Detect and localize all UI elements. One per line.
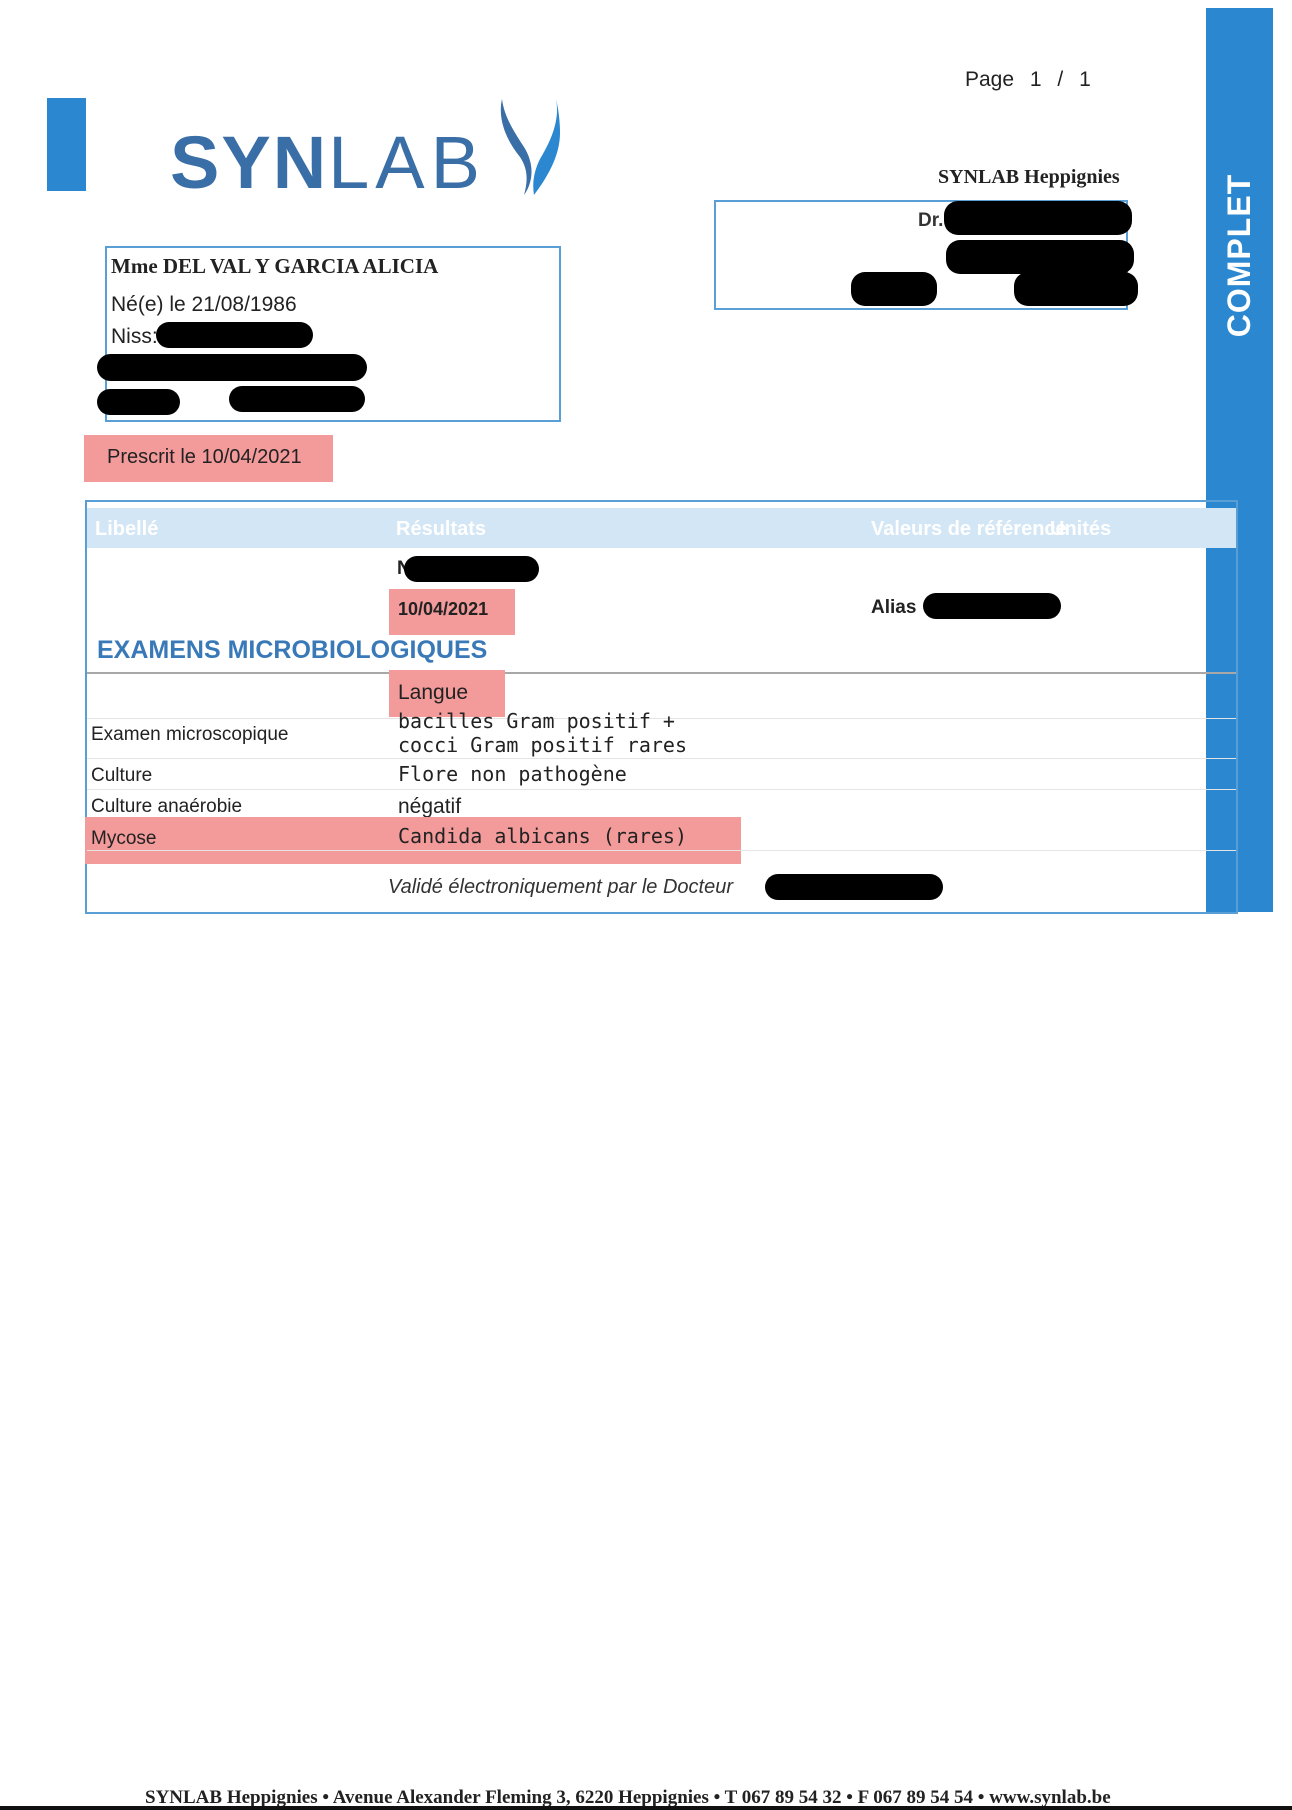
result-value-culture: Flore non pathogène — [398, 762, 627, 786]
doctor-label: Dr. — [918, 210, 943, 232]
result-label-microscopy: Examen microscopique — [91, 724, 288, 746]
row-divider — [87, 758, 1236, 759]
sample-date: 10/04/2021 — [398, 599, 488, 620]
column-header-unites: Unités — [1050, 518, 1111, 541]
row-divider — [87, 789, 1236, 790]
redaction-patient-address — [97, 354, 367, 381]
synlab-logo: SYN LAB — [170, 122, 564, 202]
result-label-mycose: Mycose — [91, 828, 156, 850]
alias-label: Alias — [871, 597, 916, 619]
section-title: EXAMENS MICROBIOLOGIQUES — [97, 636, 487, 665]
redaction-patient-postcode — [97, 389, 180, 415]
status-text: COMPLET — [1221, 173, 1258, 336]
prescription-date-highlight: Prescrit le 10/04/2021 — [84, 435, 333, 482]
redaction-doctor-name — [944, 201, 1132, 235]
page-indicator: Page 1 / 1 — [965, 68, 1091, 92]
logo-text-bold: SYN — [170, 120, 328, 205]
redaction-doctor-city — [1014, 272, 1138, 306]
patient-name: Mme DEL VAL Y GARCIA ALICIA — [111, 254, 438, 279]
redaction-doctor-postcode — [851, 272, 937, 306]
redaction-sample-number — [404, 556, 539, 582]
patient-dob: Né(e) le 21/08/1986 — [111, 293, 297, 317]
patient-niss-label: Niss: — [111, 325, 158, 349]
lab-name: SYNLAB Heppignies — [938, 166, 1120, 189]
result-value-anaerobic-culture: négatif — [398, 795, 461, 819]
redaction-niss — [156, 322, 313, 348]
footer-rule — [0, 1806, 1292, 1810]
logo-text-light: LAB — [328, 120, 486, 205]
result-value-microscopy: bacilles Gram positif + cocci Gram posit… — [398, 709, 687, 757]
page-label: Page — [965, 68, 1014, 91]
result-label-culture: Culture — [91, 765, 152, 787]
page-current: 1 — [1030, 68, 1042, 91]
column-header-libelle: Libellé — [95, 518, 158, 541]
table-header: Libellé Résultats Valeurs de référence U… — [87, 508, 1236, 548]
redaction-patient-city — [229, 386, 365, 412]
column-header-reference: Valeurs de référence — [871, 518, 1067, 541]
prescription-date: Prescrit le 10/04/2021 — [107, 446, 302, 469]
row-divider — [87, 850, 1236, 851]
specimen-label: Langue — [398, 681, 468, 705]
validation-statement: Validé électroniquement par le Docteur — [388, 876, 733, 899]
page-total: / 1 — [1057, 68, 1090, 91]
section-divider — [87, 672, 1236, 674]
redaction-alias — [923, 593, 1061, 619]
redaction-doctor-address — [946, 240, 1134, 274]
brand-bar — [47, 98, 86, 191]
result-label-anaerobic-culture: Culture anaérobie — [91, 796, 242, 818]
synlab-swoosh-icon — [494, 97, 564, 197]
status-band-label: COMPLET — [1206, 160, 1273, 350]
redaction-validating-doctor — [765, 874, 943, 900]
column-header-resultats: Résultats — [396, 518, 486, 541]
result-value-mycose: Candida albicans (rares) — [398, 824, 687, 848]
